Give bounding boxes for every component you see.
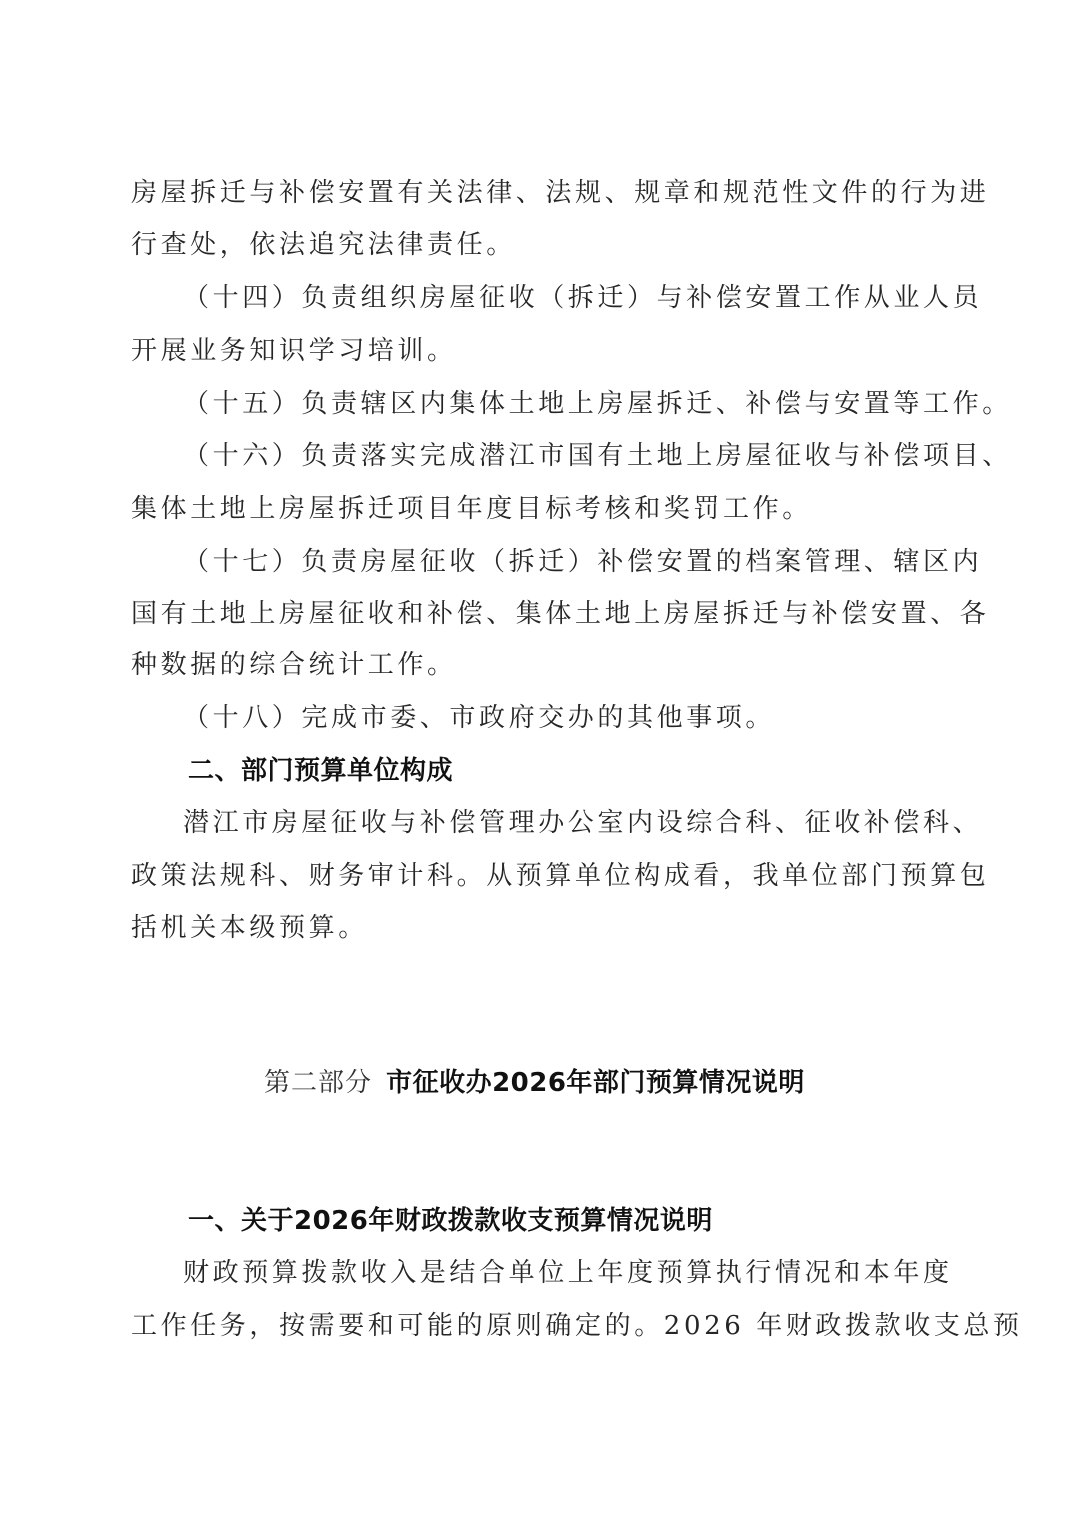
duty-item-15-line: （十五）负责辖区内集体土地上房屋拆迁、补偿与安置等工作。 <box>183 387 943 421</box>
subsection-paragraph-line: 财政预算拨款收入是结合单位上年度预算执行情况和本年度 <box>183 1256 943 1290</box>
paragraph-line: 行查处，依法追究法律责任。 <box>131 228 943 262</box>
section-paragraph-line: 政策法规科、财务审计科。从预算单位构成看，我单位部门预算包 <box>131 859 943 893</box>
subsection-paragraph-line: 工作任务，按需要和可能的原则确定的。2026 年财政拨款收支总预 <box>131 1309 943 1343</box>
paragraph-line: 房屋拆迁与补偿安置有关法律、法规、规章和规范性文件的行为进 <box>131 176 943 210</box>
duty-item-16-line: 集体土地上房屋拆迁项目年度目标考核和奖罚工作。 <box>131 492 943 526</box>
duty-item-17-line: 种数据的综合统计工作。 <box>131 648 943 682</box>
duty-item-18-line: （十八）完成市委、市政府交办的其他事项。 <box>183 701 943 735</box>
duty-item-17-line: 国有土地上房屋征收和补偿、集体土地上房屋拆迁与补偿安置、各 <box>131 597 943 631</box>
duty-item-17-line: （十七）负责房屋征收（拆迁）补偿安置的档案管理、辖区内 <box>183 545 943 579</box>
section-paragraph-line: 括机关本级预算。 <box>131 911 943 945</box>
duty-item-14-line: 开展业务知识学习培训。 <box>131 334 943 368</box>
duty-item-14-line: （十四）负责组织房屋征收（拆迁）与补偿安置工作从业人员 <box>183 281 943 315</box>
part-title: 第二部分市征收办2026年部门预算情况说明 <box>0 1066 1069 1100</box>
part-label: 第二部分 <box>264 1068 372 1098</box>
subsection-heading: 一、关于2026年财政拨款收支预算情况说明 <box>188 1204 713 1238</box>
duty-item-16-line: （十六）负责落实完成潜江市国有土地上房屋征收与补偿项目、 <box>183 439 943 473</box>
document-page: 房屋拆迁与补偿安置有关法律、法规、规章和规范性文件的行为进 行查处，依法追究法律… <box>0 0 1069 1514</box>
section-paragraph-line: 潜江市房屋征收与补偿管理办公室内设综合科、征收补偿科、 <box>183 806 943 840</box>
section-heading: 二、部门预算单位构成 <box>188 754 453 788</box>
part-name: 市征收办2026年部门预算情况说明 <box>386 1068 805 1098</box>
